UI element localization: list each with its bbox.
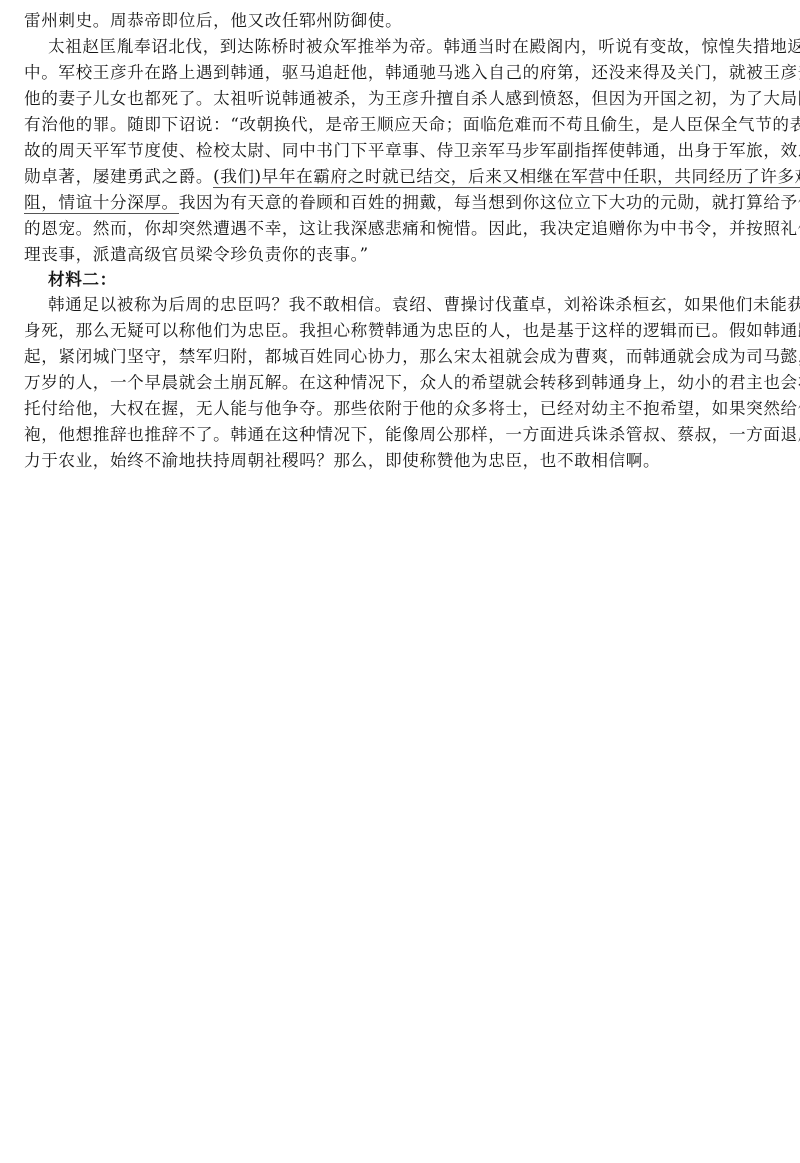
passage-line: 有治他的罪。随即下诏说：“改朝换代，是帝王顺应天命；面临危难而不苟且偷生，是人臣…: [24, 114, 800, 136]
passage-line: 理丧事，派遣高级官员梁令珍负责你的丧事。”: [24, 244, 369, 266]
passage-line: 阻，情谊十分深厚。我因为有天意的眷顾和百姓的拥戴，每当想到你这位立下大功的元勋，…: [24, 192, 800, 214]
passage-line: 万岁的人，一个早晨就会土崩瓦解。在这种情况下，众人的希望就会转移到韩通身上，幼小…: [24, 372, 800, 394]
passage-text: 我因为有天意的眷顾和百姓的拥戴，每当想到你这位立下大功的元勋，就打算给予你特别: [179, 193, 800, 212]
underlined-sentence: 阻，情谊十分深厚。: [24, 193, 179, 214]
passage-line: 中。军校王彦升在路上遇到韩通，驱马追赶他，韩通驰马逃入自己的府第，还没来得及关门…: [24, 62, 800, 84]
passage-line: 故的周天平军节度使、检校太尉、同中书门下平章事、侍卫亲军马步军副指挥使韩通，出身…: [24, 140, 800, 162]
answer-key-page: 雷州刺史。周恭帝即位后，他又改任郓州防御使。 太祖赵匡胤奉诏北伐，到达陈桥时被众…: [0, 0, 800, 1163]
passage-line: 起，紧闭城门坚守，禁军归附，都城百姓同心协力，那么宋太祖就会成为曹爽，而韩通就会…: [24, 346, 800, 368]
passage-line: 身死，那么无疑可以称他们为忠臣。我担心称赞韩通为忠臣的人，也是基于这样的逻辑而已…: [24, 320, 800, 342]
passage-line: 他的妻子儿女也都死了。太祖听说韩通被杀，为王彦升擅自杀人感到愤怒，但因为开国之初…: [24, 88, 800, 110]
underlined-sentence: (我们)早年在霸府之时就已结交，后来又相继在军营中任职，共同经历了许多艰难险: [213, 167, 800, 188]
passage-line: 的恩宠。然而，你却突然遭遇不幸，这让我深感悲痛和惋惜。因此，我决定追赠你为中书令…: [24, 218, 800, 240]
passage-line: 袍，他想推辞也推辞不了。韩通在这种情况下，能像周公那样，一方面进兵诛杀管叔、蔡叔…: [24, 424, 800, 446]
passage-line: 太祖赵匡胤奉诏北伐，到达陈桥时被众军推举为帝。韩通当时在殿阁内，听说有变故，惊惶…: [48, 36, 800, 58]
passage-line: 托付给他，大权在握，无人能与他争夺。那些依附于他的众多将士，已经对幼主不抱希望，…: [24, 398, 800, 420]
passage-line: 韩通足以被称为后周的忠臣吗？我不敢相信。袁绍、曹操讨伐董卓，刘裕诛杀桓玄，如果他…: [48, 294, 800, 316]
passage-text: 勋卓著，屡建勇武之爵。: [24, 167, 213, 186]
passage-line: 勋卓著，屡建勇武之爵。(我们)早年在霸府之时就已结交，后来又相继在军营中任职，共…: [24, 166, 800, 188]
passage-line: 雷州刺史。周恭帝即位后，他又改任郓州防御使。: [24, 10, 402, 32]
section-heading-material2: 材料二：: [48, 268, 117, 290]
passage-line: 力于农业，始终不渝地扶持周朝社稷吗？那么，即使称赞他为忠臣，也不敢相信啊。: [24, 450, 660, 472]
